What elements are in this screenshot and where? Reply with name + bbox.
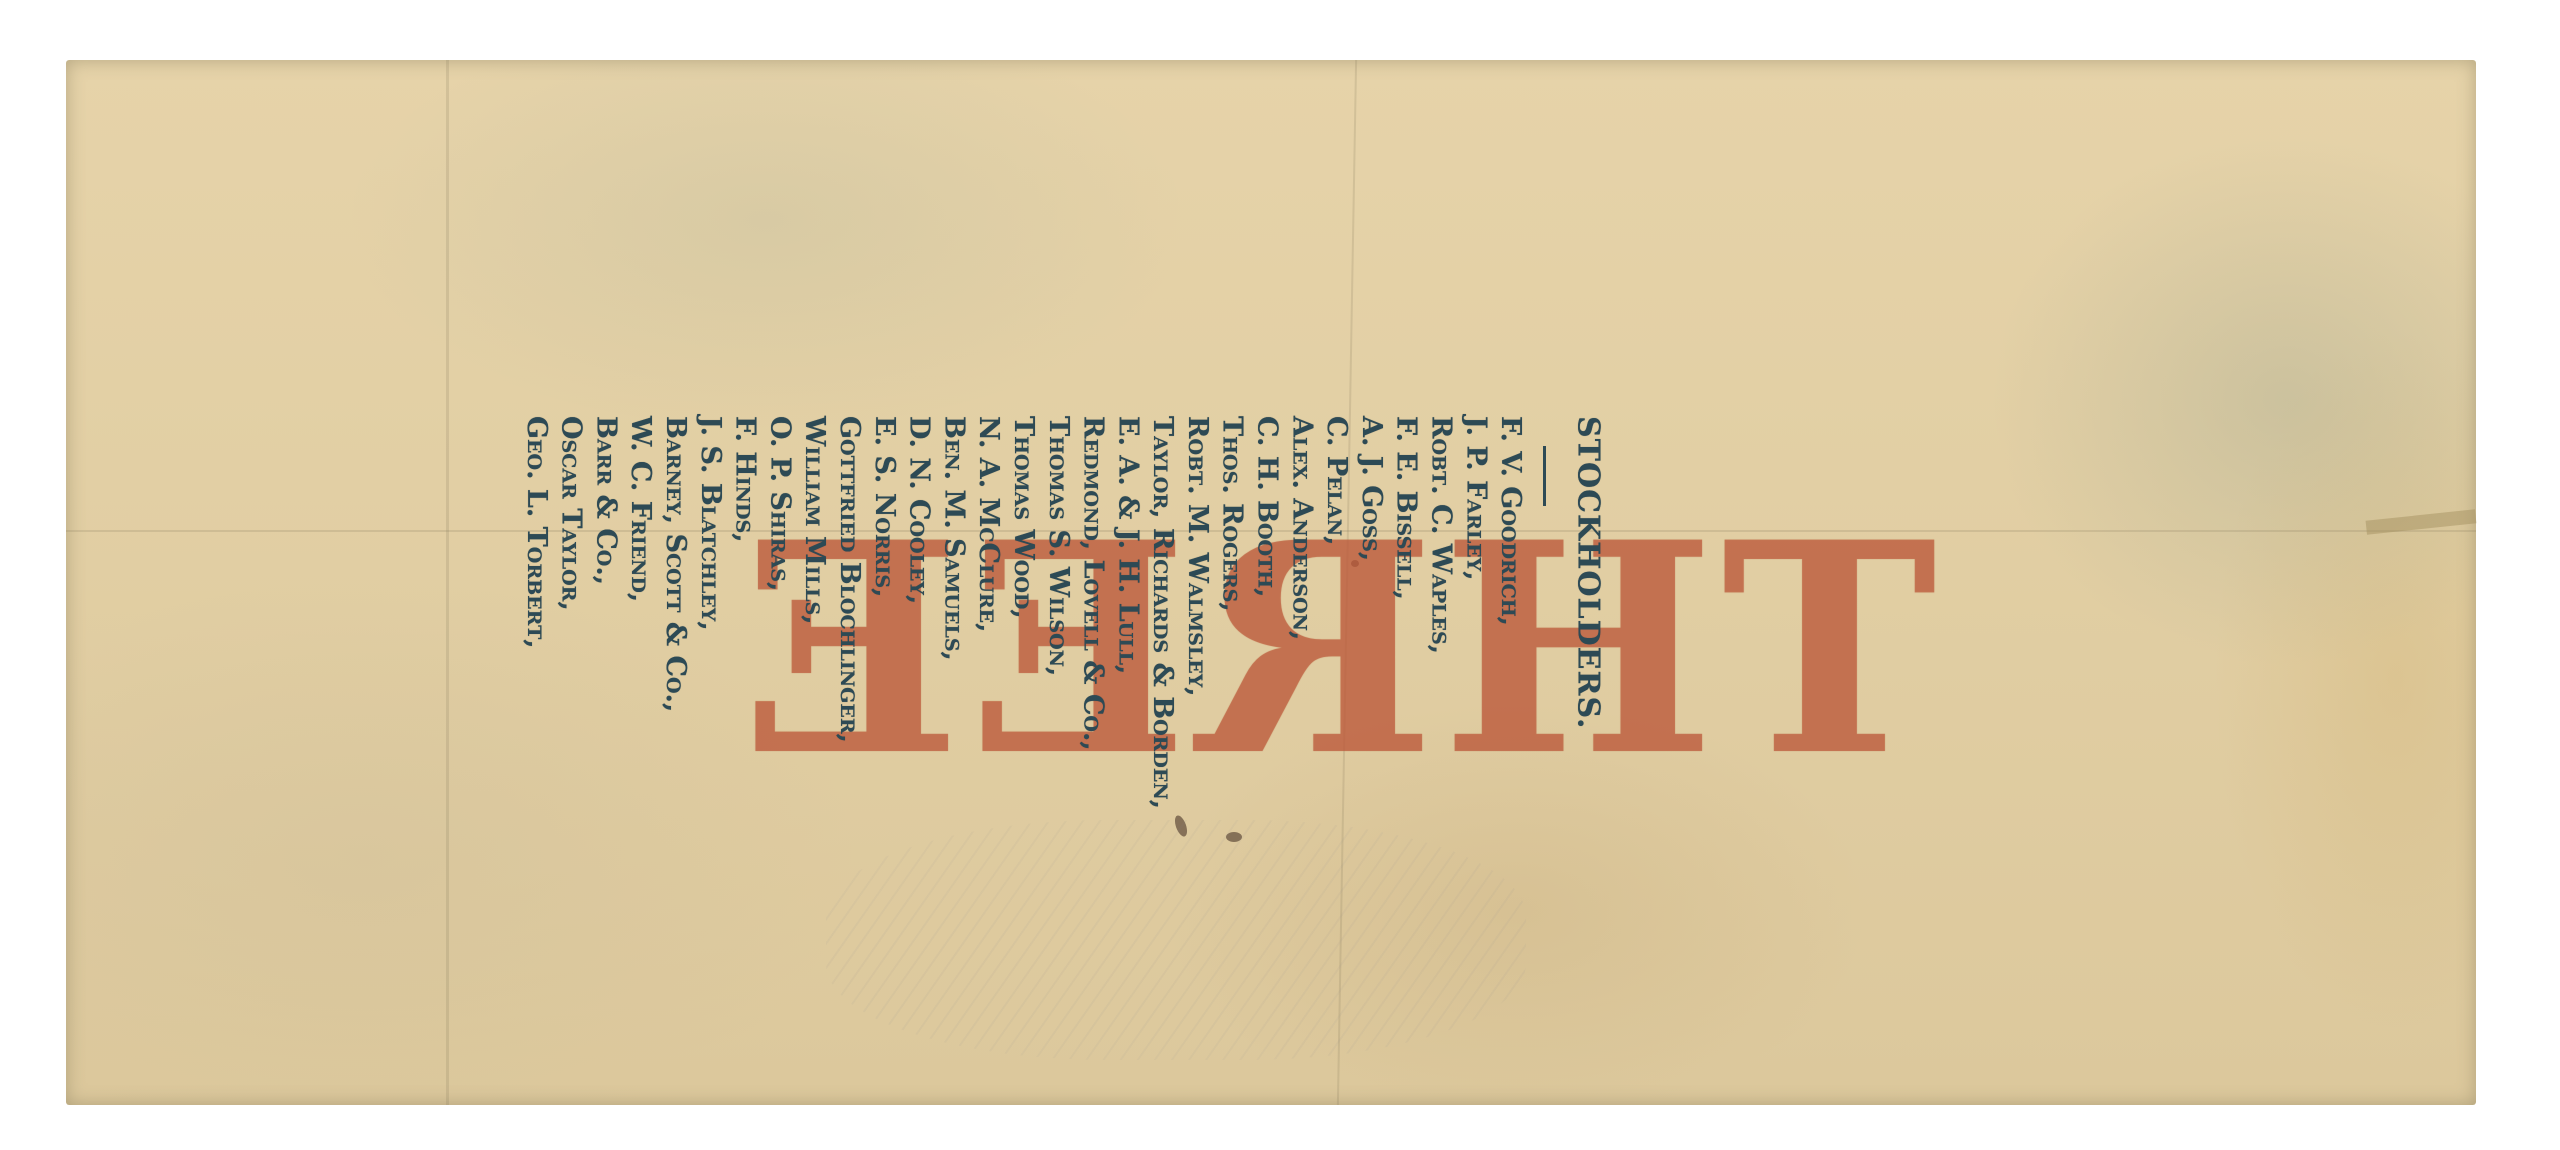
stockholder-name: Redmond, Lovell & Co., — [1075, 416, 1110, 1016]
stockholder-name: F. E. Bissell, — [1388, 416, 1423, 1016]
stockholder-name: C. H. Booth, — [1249, 416, 1284, 1016]
stockholder-name: Taylor, Richards & Borden, — [1144, 416, 1179, 1016]
stockholder-name: C. Pelan, — [1318, 416, 1353, 1016]
divider — [1527, 416, 1562, 1016]
stockholder-name: Thomas S. Wilson, — [1040, 416, 1075, 1016]
stockholders-heading: STOCKHOLDERS. — [1570, 416, 1605, 1016]
stockholder-name: Geo. L. Torbert, — [518, 416, 553, 1016]
stockholder-name: F. Hinds, — [727, 416, 762, 1016]
stockholder-name: Thomas Wood, — [1005, 416, 1040, 1016]
stockholder-name: N. A. McClure, — [970, 416, 1005, 1016]
stockholder-name: Alex. Anderson, — [1284, 416, 1319, 1016]
stockholder-name: Gottfried Blochlinger, — [831, 416, 866, 1016]
stockholder-name: William Mills, — [796, 416, 831, 1016]
stockholder-name: F. V. Goodrich, — [1492, 416, 1527, 1016]
stockholder-name: Robt. C. Waples, — [1423, 416, 1458, 1016]
stockholder-name: Barney, Scott & Co., — [657, 416, 692, 1016]
stockholder-name: Ben. M. Samuels, — [936, 416, 971, 1016]
stockholder-name: E. A. & J. H. Lull, — [1110, 416, 1145, 1016]
divider-rule — [1543, 446, 1546, 506]
stockholder-name: E. S. Norris, — [866, 416, 901, 1016]
stockholder-name: A. J. Goss, — [1353, 416, 1388, 1016]
stockholders-list: STOCKHOLDERS. F. V. Goodrich, J. P. Farl… — [518, 416, 1605, 1016]
stockholder-name: Oscar Taylor, — [553, 416, 588, 1016]
stockholder-name: Robt. M. Walmsley, — [1179, 416, 1214, 1016]
banknote-reverse: THREE STOCKHOLDERS. F. V. Goodrich, J. P… — [66, 60, 2476, 1105]
stockholder-name: Barr & Co., — [588, 416, 623, 1016]
stockholder-name: D. N. Cooley, — [901, 416, 936, 1016]
paper-crease — [446, 60, 449, 1105]
stockholder-name: Thos. Rogers, — [1214, 416, 1249, 1016]
stockholder-name: W. C. Friend, — [622, 416, 657, 1016]
stockholder-name: J. S. Blatchley, — [692, 416, 727, 1016]
stockholder-name: O. P. Shiras, — [762, 416, 797, 1016]
stockholder-name: J. P. Farley, — [1458, 416, 1493, 1016]
